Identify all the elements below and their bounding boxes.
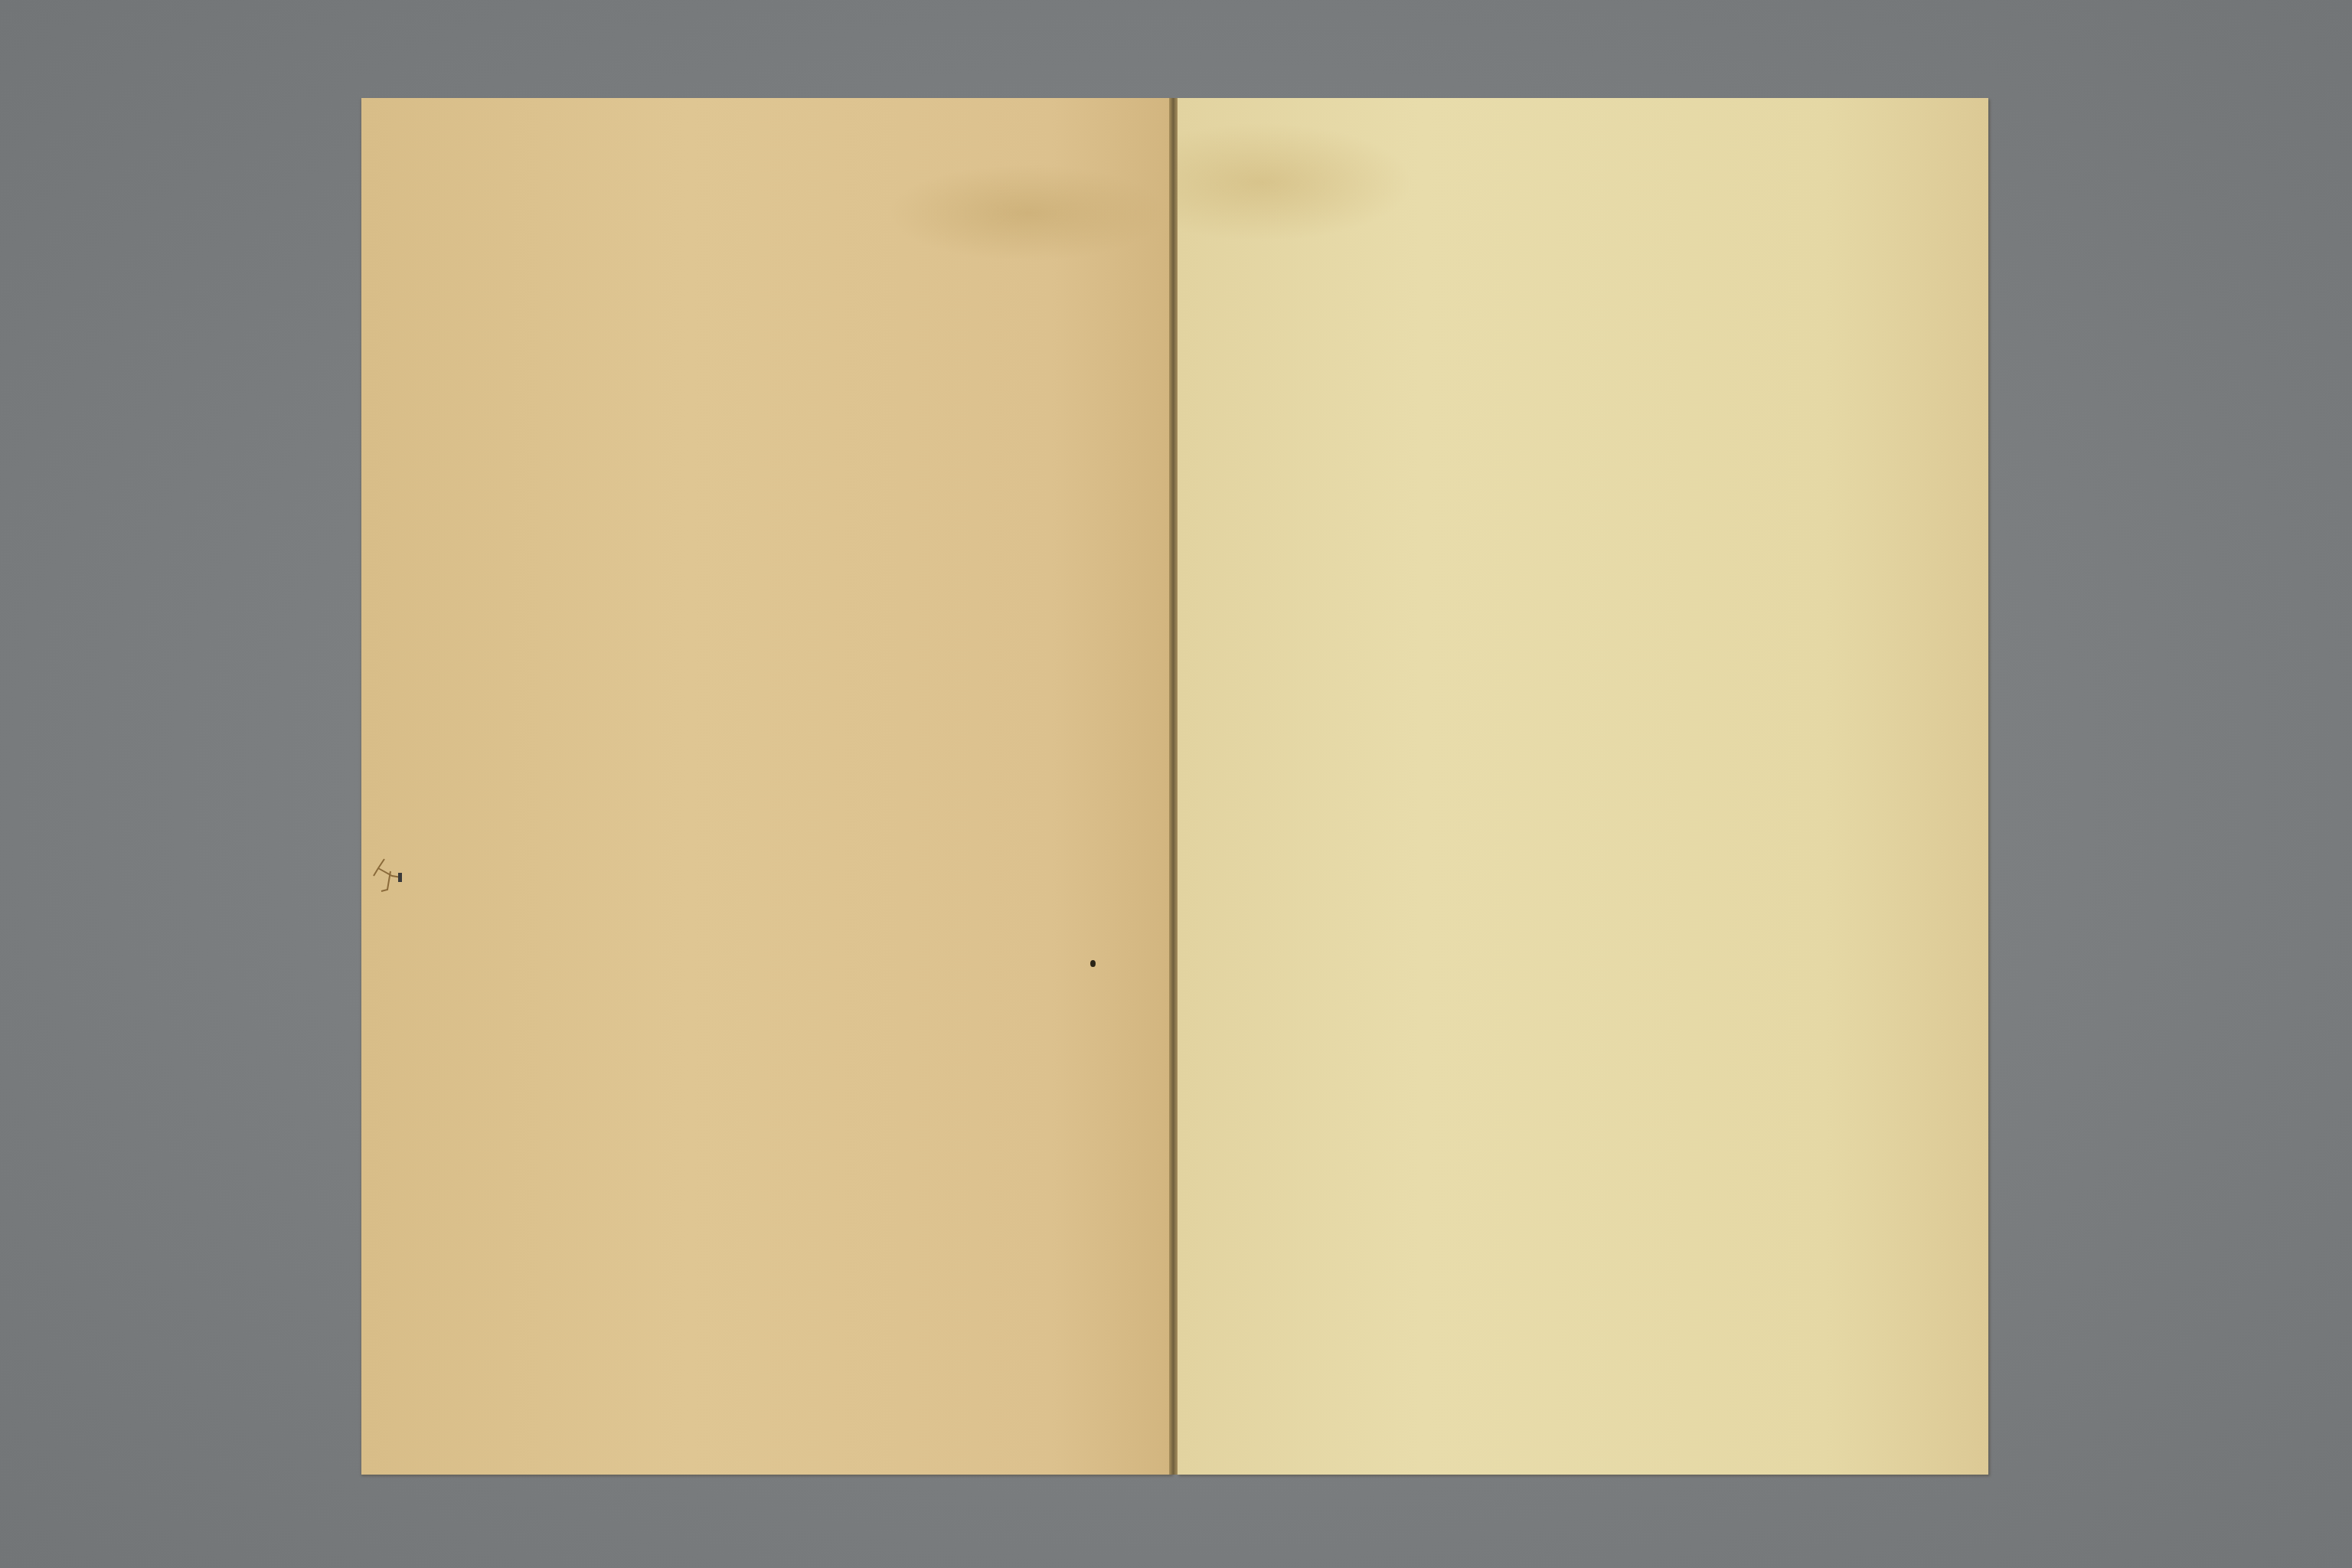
right-page xyxy=(1178,98,1988,1475)
open-book xyxy=(361,98,1988,1475)
ink-smudge-icon xyxy=(371,856,416,894)
ink-speck xyxy=(1090,960,1096,967)
left-page xyxy=(361,98,1173,1475)
